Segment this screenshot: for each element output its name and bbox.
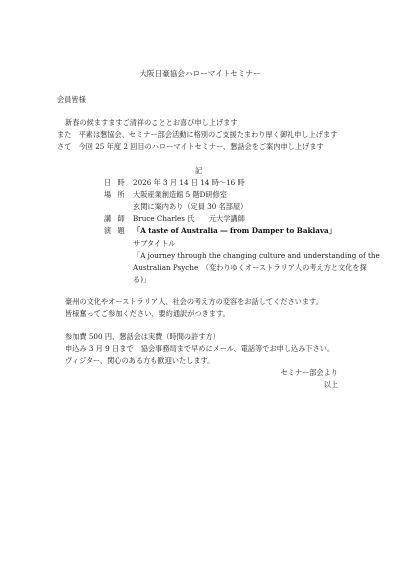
place-note: 玄関に案内あり（定員 30 名部屋）	[133, 203, 247, 210]
greeting-line-3: さて 今回 25 年度 2 回目のハローマイトセミナー、懇話会をご案内申し上げま…	[57, 143, 324, 150]
subtitle-line-1: 「A journey through the changing culture …	[133, 252, 380, 259]
fee-line-2: 申込み 3 月 9 日まで 協会事務局まで早めにメール、電話等でお申し込み下さい…	[65, 345, 334, 352]
topic-value: 「A taste of Australia ― from Damper to B…	[133, 227, 336, 234]
speaker-value: Bruce Charles 氏 元大学講師	[133, 215, 245, 222]
greeting-line-1: 新春の候ますますご清祥のこととお喜び申し上げます	[65, 119, 238, 126]
place-value: 大阪産業創造館 5 階D研修室	[133, 191, 227, 198]
body-line-1: 豪州の文化やオーストラリア人、社会の考え方の変容をお話してくださいます。	[65, 298, 323, 305]
fee-line-1: 参加費 500 円、懇話会は実費（時間の許す方）	[65, 333, 220, 340]
subtitle-line-2: Australian Psyche （変わりゆくオーストラリア人の考え方と文化を…	[133, 264, 367, 271]
place-label: 場 所	[104, 191, 134, 198]
fee-line-3: ヴィジター、関心のある方も歓迎いたします。	[65, 357, 214, 364]
ki-heading: 記	[195, 167, 202, 174]
date-value: 2026 年 3 月 14 日 14 時〜16 時	[133, 179, 245, 186]
closing: 以上	[324, 381, 338, 388]
greeting-line-2: また 平素は懇協会、セミナー部会活動に格別のご支援たまわり厚く御礼申し上げます	[57, 131, 337, 138]
sign-off: セミナー部会より	[280, 369, 338, 376]
date-label: 日 時	[104, 179, 134, 186]
subtitle-line-3: る)」	[133, 276, 150, 283]
speaker-label: 講 師	[104, 215, 134, 222]
body-line-2: 皆様奮ってご参加ください、要約通訳がつきます。	[65, 310, 230, 317]
salutation: 会員皆様	[57, 96, 86, 103]
document-title: 大阪日豪協会ハローマイトセミナー	[0, 70, 400, 78]
subtitle-label: サブタイトル	[133, 240, 175, 247]
topic-label: 演 題	[104, 227, 134, 234]
